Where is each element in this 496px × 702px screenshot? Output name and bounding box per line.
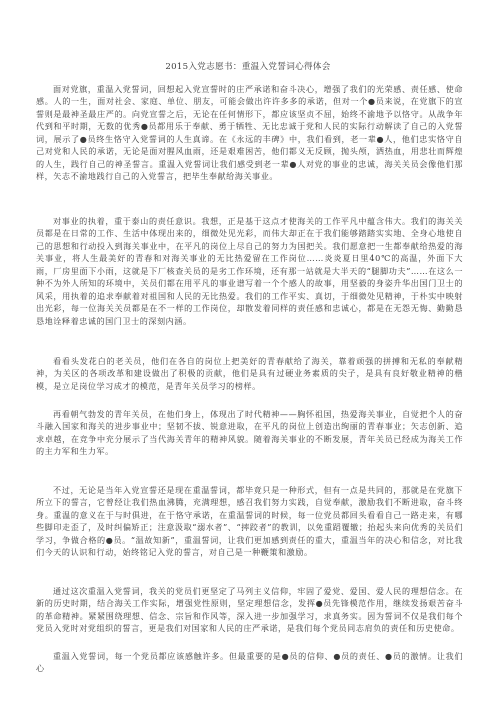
paragraph-1: 面对党旗，重温入党誓词，回想起入党宣誓时的庄严承诺和奋斗决心，增强了我们的光荣感… [36, 83, 463, 183]
paragraph-7: 重温入党誓词，每一个党员都应该感触许多。但最重要的是●员的信仰、●员的责任、●员… [36, 650, 463, 675]
document-title: 2015入党志愿书：重温入党誓词心得体会 [0, 60, 496, 72]
paragraph-6: 通过这次重温入党誓词，我关的党员们更坚定了马列主义信仰，牢固了爱党、爱国、爱人民… [36, 585, 463, 635]
paragraph-5: 不过，无论是当年入党宣誓还是现在重温誓词，都毕竟只是一种形式，但有一点是共同的，… [36, 484, 463, 559]
document-page: 2015入党志愿书：重温入党誓词心得体会 面对党旗，重温入党誓词，回想起入党宣誓… [0, 0, 496, 702]
paragraph-3: 看看头发花白的老关员，他们在各自的岗位上把美好的青春献给了海关，靠着顽强的拼搏和… [36, 355, 463, 392]
paragraph-4: 再看朝气勃发的青年关员，在他们身上，体现出了时代精神——胸怀祖国，热爱海关事业，… [36, 408, 463, 458]
paragraph-2: 对事业的执着，重于泰山的责任意识。我想，正是基于这点才使海关的工作平凡中蕴含伟大… [36, 215, 463, 327]
